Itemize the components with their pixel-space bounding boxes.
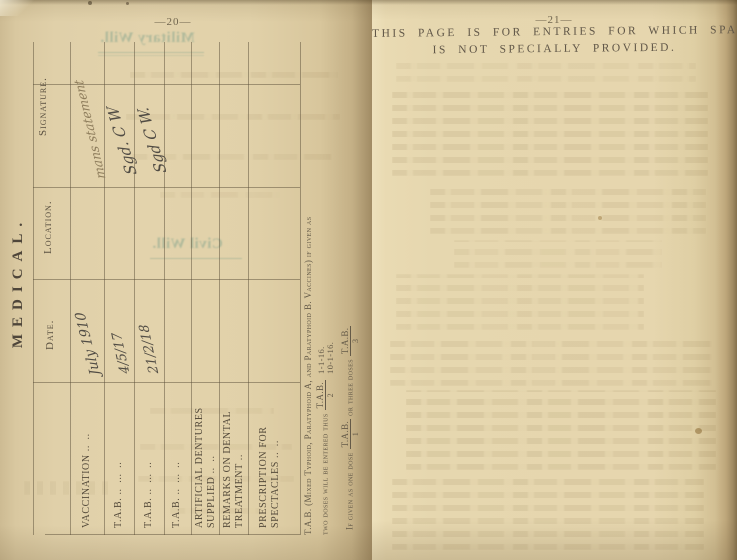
row-label-line: ARTIFICIAL DENTURES <box>194 407 205 528</box>
fraction-bottom: 1 <box>351 419 360 449</box>
table-grid-line <box>164 42 165 535</box>
tab-fraction-one: T.A.B.1 <box>341 419 360 449</box>
right-page-number: —21— <box>514 14 594 26</box>
row-label-remarks-dental: REMARKS ON DENTALTREATMENT .. <box>222 378 246 528</box>
footnote-line3: If given as one doseT.A.B.1or three dose… <box>341 323 360 530</box>
bleed-paragraph <box>430 182 706 234</box>
bleed-paragraph <box>390 336 712 386</box>
row-label-vaccination: VACCINATION .. .. <box>81 378 93 528</box>
fraction-top: T.A.B. <box>341 419 351 449</box>
fraction-bottom: 2 <box>326 380 335 410</box>
footnote-text: If given as one dose <box>345 452 355 530</box>
row-label-tab-3: T.A.B. .. ... .. <box>171 378 183 528</box>
footnote-line2: two doses will be entered thusT.A.B.21-1… <box>316 342 335 535</box>
table-grid-line <box>248 42 249 535</box>
handwriting-tab1-date: 4/5/17 <box>110 332 134 374</box>
left-page: —20— Military Will. Civil Will. MEDICAL. <box>0 0 372 560</box>
column-header-signature: Signature. <box>37 77 49 136</box>
footnote-line1: T.A.B. (Mixed Typhoid, Paratyphoid A, an… <box>303 217 313 535</box>
medical-title: MEDICAL. <box>10 22 27 542</box>
column-header-date: Date. <box>44 320 56 350</box>
fraction-top: T.A.B. <box>316 380 326 410</box>
bleed-paragraph <box>396 274 644 330</box>
table-grid-line <box>70 42 71 535</box>
table-grid-line <box>33 187 300 188</box>
stain <box>695 428 702 434</box>
row-label-line: SPECTACLES .. .. <box>270 440 281 528</box>
table-grid-line <box>219 42 220 535</box>
column-header-location: Location. <box>42 200 54 254</box>
footnote-dates: 1-1-16.10-1-16. <box>317 342 335 374</box>
row-label-tab-1: T.A.B. .. ... .. <box>113 378 125 528</box>
bleed-paragraph <box>392 88 708 176</box>
tab-fraction-two: T.A.B.2 <box>316 380 335 410</box>
row-label-line: SUPPLIED .. .. <box>206 455 217 528</box>
table-grid-line <box>33 42 34 535</box>
row-label-prescription-spectacles: PRESCRIPTION FORSPECTACLES .. .. <box>258 378 282 528</box>
bleed-paragraph <box>392 474 704 550</box>
right-page-heading-line1: THIS PAGE IS FOR ENTRIES FOR WHICH SPACE <box>372 24 737 40</box>
handwriting-vaccination-signature: mans statement <box>70 80 108 179</box>
table-grid-line <box>300 42 301 535</box>
scan-edge <box>0 0 737 5</box>
row-label-line: TREATMENT .. <box>234 454 245 528</box>
bleed-paragraph <box>396 58 696 82</box>
table-grid-line <box>45 534 300 535</box>
footnote-text: or three doses <box>345 359 355 416</box>
scan-corner-highlight <box>0 0 34 16</box>
tab-fraction-three: T.A.B.3 <box>341 326 360 356</box>
bleed-paragraph <box>406 390 716 470</box>
fraction-top: T.A.B. <box>341 326 351 356</box>
row-label-tab-2: T.A.B. .. ... .. <box>143 378 155 528</box>
table-grid-line <box>33 279 300 280</box>
row-label-artificial-dentures: ARTIFICIAL DENTURESSUPPLIED .. .. <box>194 378 218 528</box>
footnote-text: two doses will be entered thus <box>320 413 330 535</box>
right-page: —21— THIS PAGE IS FOR ENTRIES FOR WHICH … <box>372 0 737 560</box>
handwriting-tab2-date: 21/2/18 <box>137 324 163 374</box>
row-label-line: REMARKS ON DENTAL <box>222 411 233 528</box>
fraction-bottom: 3 <box>351 326 360 356</box>
medical-section-rotated: MEDICAL. Date. Location. Signature. VACC… <box>0 22 350 542</box>
bleed-paragraph <box>454 240 662 268</box>
footnote-date: 10-1-16. <box>325 342 335 374</box>
handwriting-vaccination-date: July 1910 <box>72 312 104 376</box>
table-grid-line <box>191 42 192 535</box>
scanned-book-spread: —20— Military Will. Civil Will. MEDICAL. <box>0 0 737 560</box>
row-label-line: PRESCRIPTION FOR <box>258 426 269 528</box>
right-page-heading-line2: IS NOT SPECIALLY PROVIDED. <box>372 41 737 57</box>
stain <box>598 216 602 220</box>
